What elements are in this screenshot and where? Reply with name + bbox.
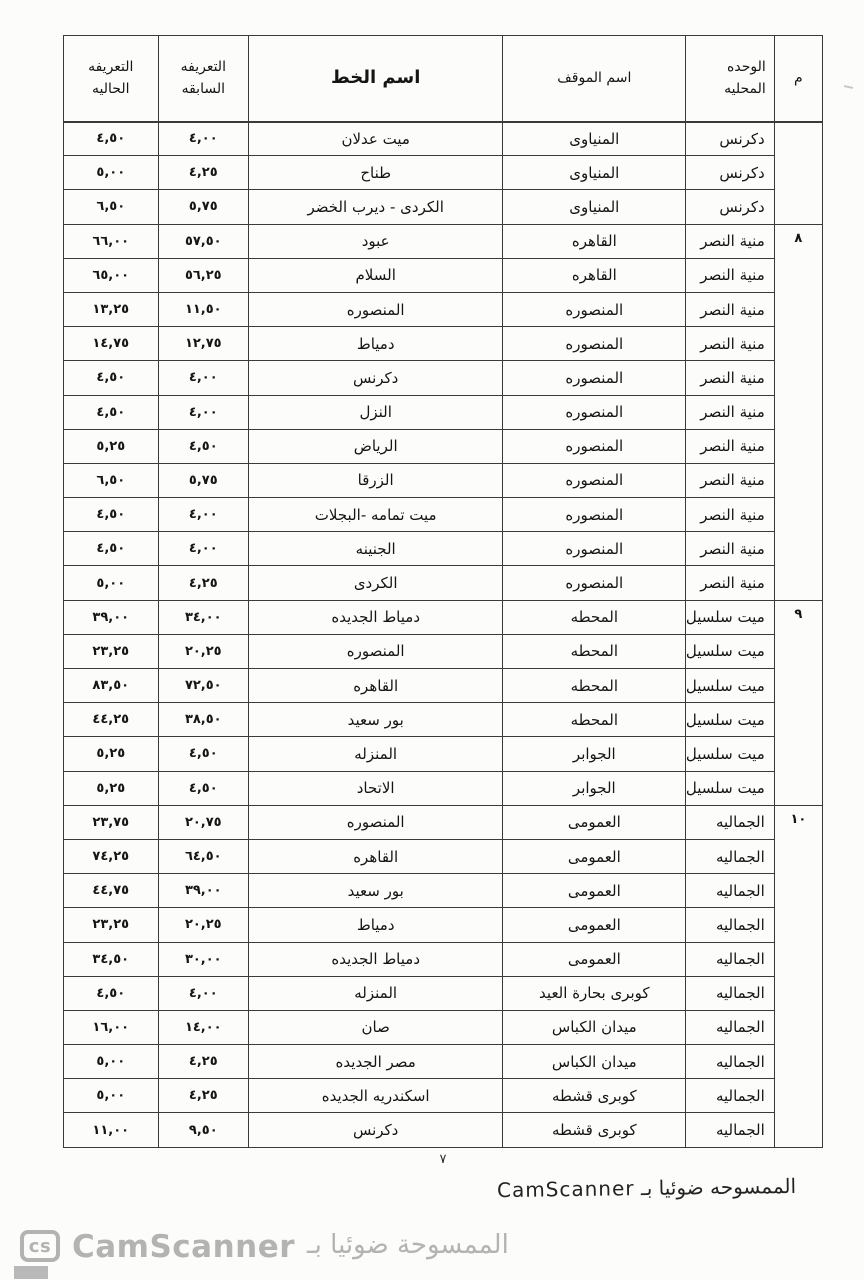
table-row: منية النصرالمنصورهدكرنس٤,٠٠٤,٥٠ bbox=[64, 361, 823, 395]
table-row: ميت سلسيلالجوابرالاتحاد٤,٥٠٥,٢٥ bbox=[64, 771, 823, 805]
header-current-tariff: التعريفه الحاليه bbox=[64, 36, 159, 122]
cell-previous-tariff: ٧٢,٥٠ bbox=[158, 669, 248, 703]
camscanner-footer: cs CamScanner الممسوحة ضوئيا بـ bbox=[14, 1224, 509, 1270]
cell-line: السلام bbox=[249, 258, 503, 292]
cell-current-tariff: ٤,٥٠ bbox=[64, 122, 159, 156]
camscanner-arabic-text: الممسوحة ضوئيا بـ bbox=[307, 1230, 509, 1264]
cell-previous-tariff: ٥,٧٥ bbox=[158, 190, 248, 224]
header-line: اسم الخط bbox=[249, 36, 503, 122]
header-station: اسم الموقف bbox=[503, 36, 686, 122]
cell-current-tariff: ٦٥,٠٠ bbox=[64, 258, 159, 292]
serial-cell bbox=[774, 122, 822, 225]
cell-previous-tariff: ٥٦,٢٥ bbox=[158, 258, 248, 292]
cell-local-unit: منية النصر bbox=[686, 498, 774, 532]
cell-station: الجوابر bbox=[503, 771, 686, 805]
scanned-document-page: م الوحده المحليه اسم الموقف اسم الخط الت… bbox=[0, 0, 864, 1280]
cell-line: القاهره bbox=[249, 839, 503, 873]
cell-station: كوبرى بحارة العيد bbox=[503, 976, 686, 1010]
cell-line: المنصوره bbox=[249, 805, 503, 839]
cell-current-tariff: ١١,٠٠ bbox=[64, 1113, 159, 1147]
cell-current-tariff: ٥,٠٠ bbox=[64, 1045, 159, 1079]
cell-station: المحطه bbox=[503, 600, 686, 634]
table-row: منية النصرالمنصورهالنزل٤,٠٠٤,٥٠ bbox=[64, 395, 823, 429]
cell-station: العمومى bbox=[503, 908, 686, 942]
cell-previous-tariff: ٢٠,٢٥ bbox=[158, 908, 248, 942]
cell-line: بور سعيد bbox=[249, 703, 503, 737]
cell-previous-tariff: ٢٠,٧٥ bbox=[158, 805, 248, 839]
cell-local-unit: ميت سلسيل bbox=[686, 703, 774, 737]
table-row: ٩ميت سلسيلالمحطهدمياط الجديده٣٤,٠٠٣٩,٠٠ bbox=[64, 600, 823, 634]
cell-station: المنصوره bbox=[503, 395, 686, 429]
header-row: م الوحده المحليه اسم الموقف اسم الخط الت… bbox=[64, 36, 823, 122]
cell-current-tariff: ٦٦,٠٠ bbox=[64, 224, 159, 258]
cell-line: الزرقا bbox=[249, 463, 503, 497]
cell-line: دكرنس bbox=[249, 361, 503, 395]
table-row: الجماليهالعمومىدمياط٢٠,٢٥٢٣,٢٥ bbox=[64, 908, 823, 942]
cell-previous-tariff: ٤,٥٠ bbox=[158, 429, 248, 463]
cell-current-tariff: ١٦,٠٠ bbox=[64, 1010, 159, 1044]
cell-local-unit: منية النصر bbox=[686, 532, 774, 566]
cell-current-tariff: ٧٤,٢٥ bbox=[64, 839, 159, 873]
cell-local-unit: الجماليه bbox=[686, 1045, 774, 1079]
cell-current-tariff: ٣٩,٠٠ bbox=[64, 600, 159, 634]
fare-table-header: م الوحده المحليه اسم الموقف اسم الخط الت… bbox=[64, 36, 823, 122]
page-number: ٧ bbox=[63, 1152, 823, 1167]
serial-cell: ١٠ bbox=[774, 805, 822, 1147]
cell-previous-tariff: ٦٤,٥٠ bbox=[158, 839, 248, 873]
cell-local-unit: الجماليه bbox=[686, 1079, 774, 1113]
cell-local-unit: ميت سلسيل bbox=[686, 737, 774, 771]
table-row: ميت سلسيلالمحطهالمنصوره٢٠,٢٥٢٣,٢٥ bbox=[64, 634, 823, 668]
cell-current-tariff: ٤,٥٠ bbox=[64, 395, 159, 429]
table-row: منية النصرالمنصورهالكردى٤,٢٥٥,٠٠ bbox=[64, 566, 823, 600]
cell-local-unit: منية النصر bbox=[686, 463, 774, 497]
cell-station: المحطه bbox=[503, 703, 686, 737]
cell-line: اسكندريه الجديده bbox=[249, 1079, 503, 1113]
cell-previous-tariff: ٢٠,٢٥ bbox=[158, 634, 248, 668]
cell-current-tariff: ٥,٠٠ bbox=[64, 1079, 159, 1113]
cell-current-tariff: ٤,٥٠ bbox=[64, 498, 159, 532]
cell-current-tariff: ٦,٥٠ bbox=[64, 190, 159, 224]
serial-cell: ٩ bbox=[774, 600, 822, 805]
cell-previous-tariff: ٥٧,٥٠ bbox=[158, 224, 248, 258]
cell-station: المنياوى bbox=[503, 190, 686, 224]
cell-line: دكرنس bbox=[249, 1113, 503, 1147]
cell-current-tariff: ٤,٥٠ bbox=[64, 976, 159, 1010]
cell-previous-tariff: ٣٤,٠٠ bbox=[158, 600, 248, 634]
serial-cell: ٨ bbox=[774, 224, 822, 600]
cell-station: الجوابر bbox=[503, 737, 686, 771]
camscanner-brand-text: CamScanner bbox=[72, 1229, 295, 1265]
cell-line: دمياط الجديده bbox=[249, 942, 503, 976]
cell-line: المنصوره bbox=[249, 292, 503, 326]
cell-station: المنصوره bbox=[503, 532, 686, 566]
cell-line: دمياط الجديده bbox=[249, 600, 503, 634]
cs-logo-flap bbox=[14, 1266, 48, 1279]
cell-line: المنزله bbox=[249, 737, 503, 771]
table-row: الجماليهكوبرى قشطهدكرنس٩,٥٠١١,٠٠ bbox=[64, 1113, 823, 1147]
cell-station: المنصوره bbox=[503, 327, 686, 361]
cell-station: المنصوره bbox=[503, 429, 686, 463]
cell-previous-tariff: ٤,٠٠ bbox=[158, 976, 248, 1010]
cell-previous-tariff: ١١,٥٠ bbox=[158, 292, 248, 326]
cell-previous-tariff: ٣٠,٠٠ bbox=[158, 942, 248, 976]
cell-local-unit: منية النصر bbox=[686, 361, 774, 395]
cell-line: مصر الجديده bbox=[249, 1045, 503, 1079]
cell-previous-tariff: ٤,٢٥ bbox=[158, 156, 248, 190]
cell-line: المنصوره bbox=[249, 634, 503, 668]
cell-line: عبود bbox=[249, 224, 503, 258]
cell-local-unit: الجماليه bbox=[686, 874, 774, 908]
cell-line: الجنينه bbox=[249, 532, 503, 566]
cell-current-tariff: ٢٣,٢٥ bbox=[64, 908, 159, 942]
table-row: الجماليهالعمومىالقاهره٦٤,٥٠٧٤,٢٥ bbox=[64, 839, 823, 873]
table-row: الجماليهالعمومىبور سعيد٣٩,٠٠٤٤,٧٥ bbox=[64, 874, 823, 908]
table-row: منية النصرالمنصورهدمياط١٢,٧٥١٤,٧٥ bbox=[64, 327, 823, 361]
cell-line: المنزله bbox=[249, 976, 503, 1010]
cell-current-tariff: ٦,٥٠ bbox=[64, 463, 159, 497]
cell-station: المنصوره bbox=[503, 463, 686, 497]
cell-previous-tariff: ٤,٥٠ bbox=[158, 771, 248, 805]
cell-current-tariff: ٤,٥٠ bbox=[64, 361, 159, 395]
handwritten-camscanner-watermark: الممسوحه ضوئيا بـ CamScanner bbox=[497, 1174, 796, 1202]
cell-local-unit: منية النصر bbox=[686, 327, 774, 361]
cell-local-unit: دكرنس bbox=[686, 190, 774, 224]
cell-local-unit: ميت سلسيل bbox=[686, 669, 774, 703]
cell-station: العمومى bbox=[503, 874, 686, 908]
table-row: الجماليهالعمومىدمياط الجديده٣٠,٠٠٣٤,٥٠ bbox=[64, 942, 823, 976]
cell-line: الاتحاد bbox=[249, 771, 503, 805]
table-row: الجماليهميدان الكباسمصر الجديده٤,٢٥٥,٠٠ bbox=[64, 1045, 823, 1079]
cell-line: النزل bbox=[249, 395, 503, 429]
table-row: منية النصرالمنصورهالرياض٤,٥٠٥,٢٥ bbox=[64, 429, 823, 463]
cell-local-unit: الجماليه bbox=[686, 908, 774, 942]
fare-table-body: دكرنسالمنياوىميت عدلان٤,٠٠٤,٥٠دكرنسالمني… bbox=[64, 122, 823, 1148]
cell-previous-tariff: ٥,٧٥ bbox=[158, 463, 248, 497]
cell-current-tariff: ٥,٠٠ bbox=[64, 156, 159, 190]
cell-current-tariff: ٢٣,٢٥ bbox=[64, 634, 159, 668]
cell-station: المنصوره bbox=[503, 292, 686, 326]
cell-station: المحطه bbox=[503, 669, 686, 703]
cell-current-tariff: ٨٣,٥٠ bbox=[64, 669, 159, 703]
fare-table: م الوحده المحليه اسم الموقف اسم الخط الت… bbox=[63, 35, 823, 1148]
cell-previous-tariff: ٤,٠٠ bbox=[158, 122, 248, 156]
cell-current-tariff: ٤٤,٧٥ bbox=[64, 874, 159, 908]
cell-local-unit: دكرنس bbox=[686, 156, 774, 190]
cell-current-tariff: ٥,٢٥ bbox=[64, 771, 159, 805]
cell-previous-tariff: ٤,٠٠ bbox=[158, 532, 248, 566]
table-row: دكرنسالمنياوىميت عدلان٤,٠٠٤,٥٠ bbox=[64, 122, 823, 156]
cell-local-unit: منية النصر bbox=[686, 224, 774, 258]
cell-station: كوبرى قشطه bbox=[503, 1113, 686, 1147]
cell-local-unit: منية النصر bbox=[686, 395, 774, 429]
cell-previous-tariff: ٤,٢٥ bbox=[158, 1079, 248, 1113]
cell-previous-tariff: ١٢,٧٥ bbox=[158, 327, 248, 361]
cell-local-unit: منية النصر bbox=[686, 566, 774, 600]
table-row: الجماليهكوبرى بحارة العيدالمنزله٤,٠٠٤,٥٠ bbox=[64, 976, 823, 1010]
cell-line: بور سعيد bbox=[249, 874, 503, 908]
header-local-unit: الوحده المحليه bbox=[686, 36, 774, 122]
cell-line: الكردى - ديرب الخضر bbox=[249, 190, 503, 224]
table-row: الجماليهميدان الكباسصان١٤,٠٠١٦,٠٠ bbox=[64, 1010, 823, 1044]
cell-local-unit: الجماليه bbox=[686, 1010, 774, 1044]
cell-station: العمومى bbox=[503, 805, 686, 839]
cell-station: العمومى bbox=[503, 839, 686, 873]
cell-local-unit: الجماليه bbox=[686, 1113, 774, 1147]
cell-current-tariff: ١٤,٧٥ bbox=[64, 327, 159, 361]
table-row: ميت سلسيلالجوابرالمنزله٤,٥٠٥,٢٥ bbox=[64, 737, 823, 771]
cell-line: القاهره bbox=[249, 669, 503, 703]
table-row: الجماليهكوبرى قشطهاسكندريه الجديده٤,٢٥٥,… bbox=[64, 1079, 823, 1113]
cell-station: ميدان الكباس bbox=[503, 1045, 686, 1079]
camscanner-logo-icon: cs bbox=[14, 1224, 60, 1270]
table-row: ميت سلسيلالمحطهبور سعيد٣٨,٥٠٤٤,٢٥ bbox=[64, 703, 823, 737]
cell-station: المنياوى bbox=[503, 122, 686, 156]
cell-current-tariff: ٥,٠٠ bbox=[64, 566, 159, 600]
cell-line: ميت تمامه -البجلات bbox=[249, 498, 503, 532]
cell-previous-tariff: ٤,٠٠ bbox=[158, 361, 248, 395]
table-row: دكرنسالمنياوىطناح٤,٢٥٥,٠٠ bbox=[64, 156, 823, 190]
cell-line: ميت عدلان bbox=[249, 122, 503, 156]
cell-station: المنصوره bbox=[503, 361, 686, 395]
header-previous-tariff: التعريفه السابقه bbox=[158, 36, 248, 122]
cell-current-tariff: ٤٤,٢٥ bbox=[64, 703, 159, 737]
cell-station: القاهره bbox=[503, 224, 686, 258]
cell-local-unit: منية النصر bbox=[686, 258, 774, 292]
cell-station: ميدان الكباس bbox=[503, 1010, 686, 1044]
cell-local-unit: منية النصر bbox=[686, 429, 774, 463]
cell-line: الكردى bbox=[249, 566, 503, 600]
cell-line: صان bbox=[249, 1010, 503, 1044]
header-serial: م bbox=[774, 36, 822, 122]
cell-station: العمومى bbox=[503, 942, 686, 976]
table-row: دكرنسالمنياوىالكردى - ديرب الخضر٥,٧٥٦,٥٠ bbox=[64, 190, 823, 224]
cell-local-unit: الجماليه bbox=[686, 839, 774, 873]
cs-logo-text: cs bbox=[20, 1230, 60, 1262]
cell-line: دمياط bbox=[249, 908, 503, 942]
cell-local-unit: الجماليه bbox=[686, 942, 774, 976]
cell-previous-tariff: ٤,٥٠ bbox=[158, 737, 248, 771]
cell-local-unit: ميت سلسيل bbox=[686, 771, 774, 805]
cell-current-tariff: ٢٣,٧٥ bbox=[64, 805, 159, 839]
cell-line: طناح bbox=[249, 156, 503, 190]
cell-previous-tariff: ٣٨,٥٠ bbox=[158, 703, 248, 737]
cell-line: دمياط bbox=[249, 327, 503, 361]
table-row: ميت سلسيلالمحطهالقاهره٧٢,٥٠٨٣,٥٠ bbox=[64, 669, 823, 703]
cell-station: المحطه bbox=[503, 634, 686, 668]
cell-current-tariff: ٥,٢٥ bbox=[64, 429, 159, 463]
cell-previous-tariff: ٤,٠٠ bbox=[158, 498, 248, 532]
cell-local-unit: ميت سلسيل bbox=[686, 600, 774, 634]
table-row: ٨منية النصرالقاهرهعبود٥٧,٥٠٦٦,٠٠ bbox=[64, 224, 823, 258]
table-row: منية النصرالمنصورهالزرقا٥,٧٥٦,٥٠ bbox=[64, 463, 823, 497]
cell-current-tariff: ٥,٢٥ bbox=[64, 737, 159, 771]
table-row: ١٠الجماليهالعمومىالمنصوره٢٠,٧٥٢٣,٧٥ bbox=[64, 805, 823, 839]
cell-station: المنياوى bbox=[503, 156, 686, 190]
cell-station: المنصوره bbox=[503, 498, 686, 532]
cell-local-unit: الجماليه bbox=[686, 805, 774, 839]
cell-previous-tariff: ٤,٢٥ bbox=[158, 1045, 248, 1079]
cell-line: الرياض bbox=[249, 429, 503, 463]
cell-previous-tariff: ٣٩,٠٠ bbox=[158, 874, 248, 908]
cell-local-unit: الجماليه bbox=[686, 976, 774, 1010]
cell-current-tariff: ٤,٥٠ bbox=[64, 532, 159, 566]
table-row: منية النصرالقاهرهالسلام٥٦,٢٥٦٥,٠٠ bbox=[64, 258, 823, 292]
cell-previous-tariff: ٤,٢٥ bbox=[158, 566, 248, 600]
table-row: منية النصرالمنصورهالمنصوره١١,٥٠١٣,٢٥ bbox=[64, 292, 823, 326]
cell-local-unit: ميت سلسيل bbox=[686, 634, 774, 668]
cell-local-unit: منية النصر bbox=[686, 292, 774, 326]
table-row: منية النصرالمنصورهميت تمامه -البجلات٤,٠٠… bbox=[64, 498, 823, 532]
scan-artifact-mark bbox=[844, 85, 853, 89]
cell-previous-tariff: ١٤,٠٠ bbox=[158, 1010, 248, 1044]
cell-previous-tariff: ٩,٥٠ bbox=[158, 1113, 248, 1147]
cell-current-tariff: ١٣,٢٥ bbox=[64, 292, 159, 326]
cell-current-tariff: ٣٤,٥٠ bbox=[64, 942, 159, 976]
cell-previous-tariff: ٤,٠٠ bbox=[158, 395, 248, 429]
table-row: منية النصرالمنصورهالجنينه٤,٠٠٤,٥٠ bbox=[64, 532, 823, 566]
cell-station: القاهره bbox=[503, 258, 686, 292]
cell-local-unit: دكرنس bbox=[686, 122, 774, 156]
cell-station: كوبرى قشطه bbox=[503, 1079, 686, 1113]
cell-station: المنصوره bbox=[503, 566, 686, 600]
